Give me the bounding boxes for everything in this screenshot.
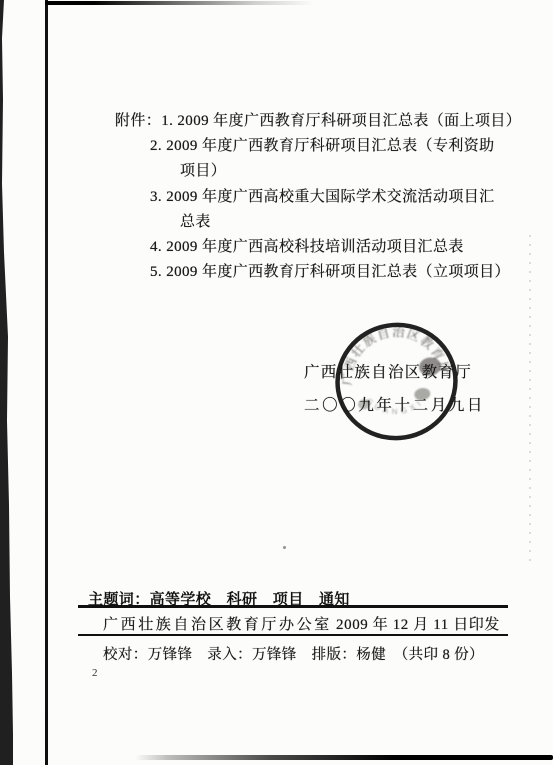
- print-date: 2009 年 12 月 11 日印发: [336, 613, 500, 634]
- page-corner-mark: 2: [92, 667, 98, 679]
- scan-bottom-border: [135, 755, 553, 760]
- issuing-office: 广西壮族自治区教育厅办公室: [103, 613, 332, 634]
- scan-speck: [283, 546, 286, 549]
- attachment-list: 附件：1. 2009 年度广西教育厅科研项目汇总表（面上项目） 2. 2009 …: [115, 109, 521, 285]
- scan-top-border: [45, 1, 313, 5]
- divider-line-bottom: [78, 634, 508, 636]
- scan-right-artifacts: [529, 235, 531, 565]
- subject-keywords: 主题词：高等学校 科研 项目 通知: [88, 588, 350, 609]
- attachment-line: 4. 2009 年度广西高校科技培训活动项目汇总表: [115, 235, 521, 260]
- attachment-line: 5. 2009 年度广西教育厅科研项目汇总表（立项项目）: [115, 260, 521, 285]
- svg-text:广西壮族自治区教育厅: 广西壮族自治区教育厅: [331, 317, 452, 393]
- attachment-line: 3. 2009 年度广西高校重大国际学术交流活动项目汇: [115, 185, 521, 210]
- attachment-line: 附件：1. 2009 年度广西教育厅科研项目汇总表（面上项目）: [115, 109, 521, 134]
- scan-edge-strip: [0, 0, 13, 765]
- seal-smudge: [413, 387, 431, 401]
- attachment-line: 项目）: [115, 159, 521, 184]
- seal-arc-text: 广西壮族自治区教育厅: [331, 317, 452, 393]
- attachment-line: 总表: [115, 210, 521, 235]
- footer-staff-row: 校对：万锋锋 录入：万锋锋 排版：杨健 （共印 8 份）: [103, 643, 484, 664]
- page-fold-line: [45, 0, 48, 765]
- official-seal-stamp: 广西壮族自治区教育厅 GUANGXI: [325, 313, 467, 450]
- scanned-document-page: 附件：1. 2009 年度广西教育厅科研项目汇总表（面上项目） 2. 2009 …: [0, 0, 553, 765]
- footer-office-row: 广西壮族自治区教育厅办公室 2009 年 12 月 11 日印发: [103, 613, 500, 634]
- attachment-line: 2. 2009 年度广西教育厅科研项目汇总表（专利资助: [115, 134, 521, 159]
